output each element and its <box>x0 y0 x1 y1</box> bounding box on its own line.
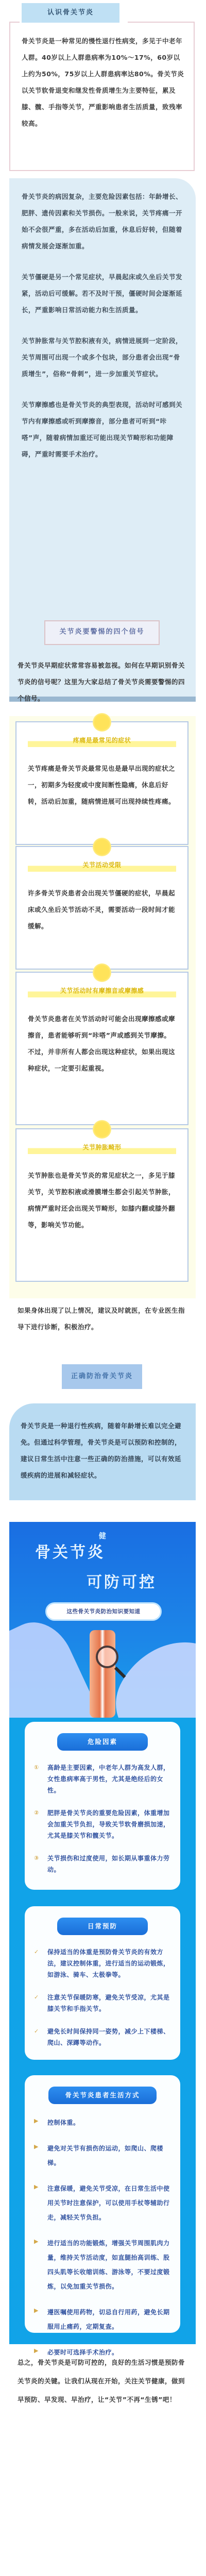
coin-icon <box>93 713 111 732</box>
poster-card-pill: 危险因素 <box>57 1733 148 1751</box>
prevention-panel: 骨关节炎是一种退行性疾病，随着年龄增长难以完全避免。但通过科学管理，骨关节炎是可… <box>9 1403 196 1500</box>
poster-header: 健 骨关节炎 可防可控 这些骨关节炎防治知识要知道 <box>9 1522 196 1718</box>
signal-card-heading: 关节活动时有摩擦音或摩擦感 <box>28 984 176 997</box>
symptom-paragraph-1: 骨关节炎的病因复杂，主要危险因素包括：年龄增长、肥胖、遗传因素和关节损伤。一般来… <box>22 189 182 255</box>
signal-card-heading: 关节活动受限 <box>28 858 176 872</box>
symptom-paragraph-4: 关节摩擦感也是骨关节炎的典型表现，活动时可感到关节内有摩擦感或听到摩擦音，部分患… <box>22 397 182 463</box>
poster-card-pill: 骨关节炎患者生活方式 <box>48 2087 157 2104</box>
arrow-bullet-icon: ▶ <box>34 2115 47 2130</box>
arrow-bullet-icon: ▶ <box>34 2181 47 2225</box>
list-item: ② 肥胖是骨关节炎的重要危险因素，体重增加会加重关节负担，导致关节软骨磨损加速，… <box>34 1807 171 1841</box>
coin-icon <box>93 838 111 856</box>
list-item: ✓ 避免长时间保持同一姿势，减少上下楼梯、爬山、深蹲等动作。 <box>34 2026 171 2048</box>
poster-logo: 健 <box>94 1529 111 1544</box>
check-bullet-icon: ✓ <box>34 2026 47 2048</box>
arrow-bullet-icon: ▶ <box>34 2305 47 2334</box>
list-item: ✓ 注意关节保暖防寒，避免关节受凉，尤其是膝关节和手指关节。 <box>34 1992 171 2014</box>
symptom-paragraph-3: 关节肿胀常与关节腔积液有关，病情进展到一定阶段，关节周围可出现一个或多个包块，部… <box>22 333 182 382</box>
number-bullet-icon: ① <box>34 1762 47 1796</box>
signal-card-heading: 疼痛是最常见的症状 <box>28 734 176 747</box>
number-bullet-icon: ② <box>34 1807 47 1841</box>
poster-subtitle: 这些骨关节炎防治知识要知道 <box>45 1602 162 1621</box>
signal-card-3: 关节活动时有摩擦音或摩擦感 骨关节炎患者在关节活动时可能会出现摩擦感或摩擦音，患… <box>15 972 188 1125</box>
list-item: ▶ 避免对关节有损伤的运动，如爬山、爬楼梯。 <box>34 2141 171 2170</box>
magnifier-icon <box>96 1646 118 1668</box>
check-bullet-icon: ✓ <box>34 1992 47 2014</box>
infographic-poster: 健 骨关节炎 可防可控 这些骨关节炎防治知识要知道 危险因素 ① 高龄是主要因素… <box>9 1522 196 2344</box>
poster-title-line2: 可防可控 <box>87 1572 157 1593</box>
section-title-intro: 认识骨关节炎 <box>22 3 119 23</box>
intro-paragraph: 骨关节炎是一种常见的慢性退行性病变，多见于中老年人群。40岁以上人群患病率为10… <box>22 33 184 132</box>
signal-card-body: 关节肿胀也是骨关节炎的常见症状之一，多见于膝关节，关节腔积液或滑膜增生都会引起关… <box>28 1167 176 1233</box>
symptom-paragraph-2: 关节僵硬是另一个常见症状，早晨起床或久坐后关节发紧，活动后可缓解。若不及时干预，… <box>22 269 182 318</box>
check-bullet-icon: ✓ <box>34 1946 47 1980</box>
section-title-prevention: 正确防治骨关节炎 <box>62 1364 142 1389</box>
signals-outro: 如果身体出现了以上情况，建议及时就医，在专业医生指导下进行诊断，积极治疗。 <box>18 1302 188 1335</box>
signal-card-body: 许多骨关节炎患者会出现关节僵硬的症状，早晨起床或久坐后关节活动不灵，需要活动一段… <box>28 885 176 935</box>
arrow-bullet-icon: ▶ <box>34 2236 47 2294</box>
signal-card-2: 关节活动受限 许多骨关节炎患者会出现关节僵硬的症状，早晨起床或久坐后关节活动不灵… <box>15 846 188 970</box>
intro-box: 骨关节炎是一种常见的慢性退行性病变，多见于中老年人群。40岁以上人群患病率为10… <box>9 22 195 171</box>
number-bullet-icon: ③ <box>34 1853 47 1875</box>
closing-paragraph: 总之，骨关节炎是可防可控的，良好的生活习惯是预防骨关节炎的关键。让我们从现在开始… <box>18 2353 188 2409</box>
list-item: ① 高龄是主要因素，中老年人群为高发人群，女性患病率高于男性，尤其是绝经后的女性… <box>34 1762 171 1796</box>
signal-card-1: 疼痛是最常见的症状 关节疼痛是骨关节炎最常见也是最早出现的症状之一，初期多为轻度… <box>15 721 188 845</box>
coin-icon <box>93 1120 111 1139</box>
magnifier-handle-icon <box>114 1667 126 1679</box>
poster-title-line1: 骨关节炎 <box>35 1543 105 1563</box>
poster-card-pill: 日常预防 <box>57 1918 148 1935</box>
list-item: ▶ 进行适当的功能锻炼，增强关节周围肌肉力量，维持关节活动度，如直腿抬高训练、股… <box>34 2236 171 2294</box>
poster-card-lifestyle: 骨关节炎患者生活方式 ▶ 控制体重。 ▶ 避免对关节有损伤的运动，如爬山、爬楼梯… <box>25 2075 180 2333</box>
signal-card-heading: 关节肿胀畸形 <box>28 1141 176 1154</box>
signal-card-body: 关节疼痛是骨关节炎最常见也是最早出现的症状之一，初期多为轻度或中度间断性隐痛，休… <box>28 760 176 810</box>
article-page: 认识骨关节炎 骨关节炎是一种常见的慢性退行性病变，多见于中老年人群。40岁以上人… <box>0 0 206 2576</box>
arrow-bullet-icon: ▶ <box>34 2141 47 2170</box>
list-item: ▶ 注意保暖，避免关节受凉，在日常生活中使用关节时注意保护，可以使用手杖等辅助行… <box>34 2181 171 2225</box>
section-title-signals: 关节炎要警惕的四个信号 <box>44 620 160 645</box>
list-item: ▶ 遵医嘱使用药物，切忌自行用药，避免长期服用止痛药，定期复查。 <box>34 2305 171 2334</box>
leaf-decoration-icon <box>9 1611 102 1718</box>
list-item: ③ 关节损伤和过度使用，如长期从事重体力劳动。 <box>34 1853 171 1875</box>
signals-intro: 骨关节炎早期症状常常容易被忽视。如何在早期识别骨关节炎的信号呢？这里为大家总结了… <box>18 657 188 707</box>
signal-card-body: 骨关节炎患者在关节活动时可能会出现摩擦感或摩擦音，患者能够听到“咔嗒”声或感到关… <box>28 1011 176 1077</box>
poster-card-prevention: 日常预防 ✓ 保持适当的体重是预防骨关节炎的有效方法，建议控制体重，进行适当的运… <box>25 1906 180 2060</box>
signal-card-4: 关节肿胀畸形 关节肿胀也是骨关节炎的常见症状之一，多见于膝关节，关节腔积液或滑膜… <box>15 1128 188 1282</box>
poster-card-risk: 危险因素 ① 高龄是主要因素，中老年人群为高发人群，女性患病率高于男性，尤其是绝… <box>25 1722 180 1890</box>
knee-joint-icon <box>90 1630 115 1718</box>
list-item: ✓ 保持适当的体重是预防骨关节炎的有效方法，建议控制体重，进行适当的运动锻炼，如… <box>34 1946 171 1980</box>
coin-icon <box>93 963 111 982</box>
list-item: ▶ 控制体重。 <box>34 2115 171 2130</box>
